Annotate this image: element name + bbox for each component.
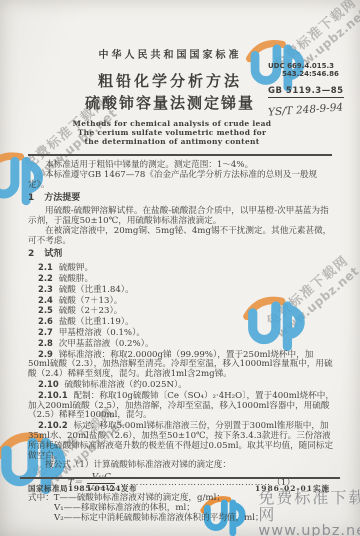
standard-document-page: 免费标准下载网 www.upbz.net 免费标准下载网 www.upbz.ne… bbox=[0, 0, 360, 536]
reagent-text: 硫酸铈标准溶液（约0.025N）。 bbox=[65, 380, 187, 390]
title-en-line2: The cerium sulfate volumetric method for bbox=[0, 128, 344, 137]
reagent-number: 2.3 bbox=[38, 284, 59, 294]
reagent-item: 2.10.1配制：称取10g硫酸铈〔Ce（SO₄）₂·4H₂O〕，置于400ml… bbox=[28, 391, 335, 421]
watermark-url-text: www.upbz.net bbox=[258, 524, 360, 536]
reagent-item: 2.8次甲基蓝溶液（0.2%）。 bbox=[28, 339, 335, 350]
udc-code-line1: UDC 669.4.015.3 bbox=[268, 62, 358, 70]
reagent-item: 2.1硫酸钾。 bbox=[28, 263, 335, 274]
legend-item-T: T——硫酸铈标准溶液对锑的滴定度，g/ml； bbox=[54, 493, 225, 503]
footer-issue-date: 国家标准局1985-04-24发布 bbox=[28, 483, 137, 494]
section-1-title: 方法提要 bbox=[44, 193, 80, 203]
method-summary-paragraph-1: 用硫酸-硫酸钾溶解试样。在盐酸-硫酸混合介质中，以甲基橙-次甲基蓝为指示剂，于温… bbox=[28, 207, 335, 227]
reagent-text: 甲基橙溶液（0.1%）。 bbox=[59, 328, 145, 338]
reagent-number: 2.6 bbox=[38, 316, 59, 326]
reagent-item: 2.3硫酸（比重1.84）。 bbox=[28, 285, 335, 296]
reagent-text: 次甲基蓝溶液（0.2%）。 bbox=[59, 339, 154, 349]
section-2-heading: 2试剂 bbox=[28, 250, 335, 260]
udc-code-line2: 543.24:546.86 bbox=[268, 70, 358, 78]
reagent-text: 标定：移取5.00ml锑标准溶液三份，分别置于300ml锥形瓶中，加35ml水、… bbox=[28, 421, 333, 460]
reagent-item: 2.2硫酸肼。 bbox=[28, 274, 335, 285]
reagent-text: 锑标准溶液：称取2.0000g锑（99.99%），置于250ml烧杯中，加50m… bbox=[28, 350, 333, 380]
document-title-en: Methods for chemical analysis of crude l… bbox=[0, 119, 344, 146]
reagent-text: 硫酸肼。 bbox=[59, 274, 93, 284]
standard-org-title: 中华人民共和国国家标准 bbox=[0, 46, 340, 61]
reagent-number: 2.4 bbox=[38, 295, 59, 305]
footer-divider-rule bbox=[20, 477, 340, 479]
reagent-item: 2.5硫酸（2＋23）。 bbox=[28, 306, 335, 317]
reagent-text: 盐酸（比重1.19）。 bbox=[59, 317, 134, 327]
reagent-text: 配制：称取10g硫酸铈〔Ce（SO₄）₂·4H₂O〕，置于400ml烧杯中，加入… bbox=[28, 391, 334, 421]
reagent-item: 2.6盐酸（比重1.19）。 bbox=[28, 317, 335, 328]
reagent-text: 硫酸（2＋23）。 bbox=[59, 306, 123, 316]
reagent-number: 2.8 bbox=[38, 338, 59, 348]
legend-line-V2: V₂——标定中消耗硫酸铈标准溶液体积的平均值，ml； bbox=[54, 514, 335, 524]
method-summary-paragraph-2: 在被滴定溶液中，20mg铜、5mg铋、4mg锡不干扰测定。其他元素甚微，可不考虑… bbox=[28, 227, 335, 247]
legend-continuation: V₁——移取锑标准溶液的体积，ml； V₂——标定中消耗硫酸铈标准溶液体积的平均… bbox=[28, 504, 335, 524]
header-divider-rule bbox=[28, 154, 332, 156]
reagent-number: 2.10.1 bbox=[38, 390, 74, 400]
section-2-title: 试剂 bbox=[44, 249, 62, 259]
document-body: 本标准适用于粗铅中锑量的测定。测定范围：1～4%。 本标准遵守GB 1467—7… bbox=[28, 161, 335, 524]
standard-code-block: UDC 669.4.015.3 543.24:546.86 GB 5119.3—… bbox=[268, 62, 358, 117]
reagent-item: 2.10.2标定：移取5.00ml锑标准溶液三份，分别置于300ml锥形瓶中，加… bbox=[28, 421, 335, 461]
reagent-number: 2.5 bbox=[38, 305, 59, 315]
reagent-number: 2.7 bbox=[38, 327, 59, 337]
compliance-paragraph: 本标准遵守GB 1467—78《冶金产品化学分析方法标准的总则及一般规定》。 bbox=[28, 171, 335, 191]
reagent-number: 2.2 bbox=[38, 273, 59, 283]
section-1-number: 1 bbox=[28, 193, 34, 203]
reagent-item: 2.9锑标准溶液：称取2.0000g锑（99.99%），置于250ml烧杯中，加… bbox=[28, 350, 335, 380]
reagent-item: 2.4硫酸（7＋13）。 bbox=[28, 296, 335, 307]
section-1-heading: 1方法提要 bbox=[28, 194, 335, 204]
reagent-number: 2.10.2 bbox=[38, 420, 74, 430]
reagent-item: 2.10硫酸铈标准溶液（约0.025N）。 bbox=[28, 380, 335, 391]
reagent-item: 2.7甲基橙溶液（0.1%）。 bbox=[28, 328, 335, 339]
formula-intro-paragraph: 按公式（1）计算硫酸铈标准溶液对锑的滴定度： bbox=[28, 461, 335, 471]
reagent-number: 2.9 bbox=[38, 349, 59, 359]
reagent-number: 2.1 bbox=[38, 262, 59, 272]
title-en-line1: Methods for chemical analysis of crude l… bbox=[0, 119, 344, 128]
gb-standard-number: GB 5119.3—85 bbox=[268, 86, 344, 98]
legend-prefix: 式中： bbox=[28, 493, 54, 503]
reagent-text: 硫酸钾。 bbox=[59, 263, 93, 273]
section-2-number: 2 bbox=[28, 249, 34, 259]
footer-implementation-date: 1986-02-01实施 bbox=[255, 483, 330, 494]
title-en-line3: the determination of antimony content bbox=[0, 137, 344, 146]
handwritten-annotation: YS/T 248-9-94 bbox=[268, 101, 344, 118]
reagent-number: 2.10 bbox=[38, 379, 65, 389]
reagent-text: 硫酸（比重1.84）。 bbox=[59, 285, 134, 295]
reagent-text: 硫酸（7＋13）。 bbox=[59, 296, 123, 306]
formula-dot-leader: ……………………………………………………… bbox=[120, 479, 270, 488]
